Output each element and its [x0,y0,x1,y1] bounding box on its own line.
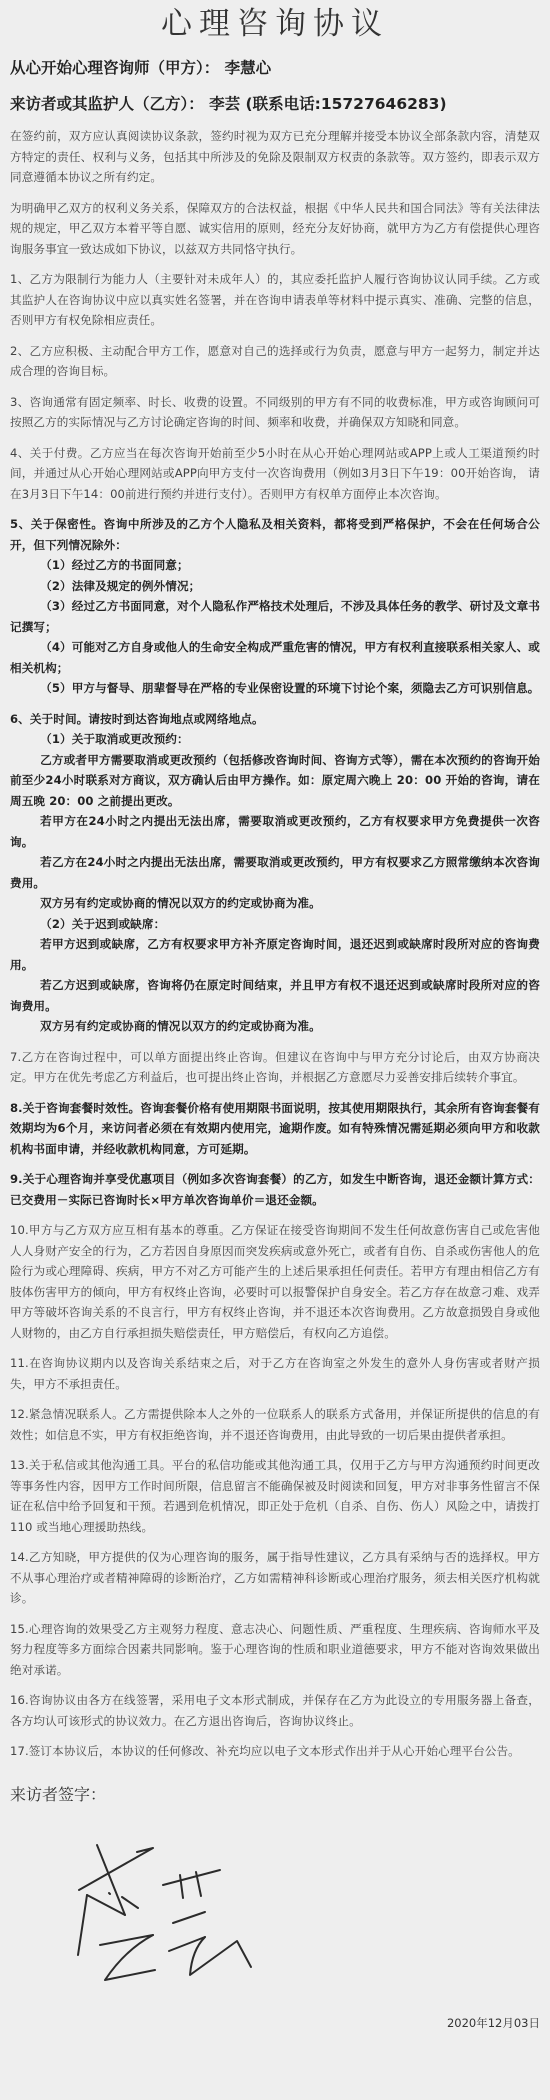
clause-6-sub1-item: 若甲方在24小时之内提出无法出席，需要取消或更改预约，乙方有权要求甲方免费提供一… [10,811,540,852]
clause-15: 15.心理咨询的效果受乙方主观努力程度、意志决心、问题性质、严重程度、生理疾病、… [10,1619,540,1681]
clause-6-sub1-item: 乙方或者甲方需要取消或更改预约（包括修改咨询时间、咨询方式等），需在本次预约的咨… [10,750,540,812]
clause-6-sub1-item: 若乙方在24小时之内提出无法出席，需要取消或更改预约，甲方有权要求乙方照常缴纳本… [10,852,540,893]
clause-6-sub2-item: 若乙方迟到或缺席，咨询将仍在原定时间结束，并且甲方有权不退还迟到或缺席时段所对应… [10,975,540,1016]
intro-paragraph: 在签约前，双方应认真阅读协议条款，签约时视为双方已充分理解并接受本协议全部条款内… [10,126,540,188]
clause-6: 6、关于时间。请按时到达咨询地点或网络地点。 （1）关于取消或更改预约： 乙方或… [10,709,540,1037]
clause-6-sub1-title: （1）关于取消或更改预约： [10,729,540,750]
party-b-line: 来访者或其监护人（乙方）： 李芸 (联系电话:15727646283) [10,86,540,122]
agreement-document: 心理咨询协议 从心开始心理咨询师（甲方）： 李慧心 来访者或其监护人（乙方）： … [0,0,550,1808]
clause-6-sub2-item: 若甲方迟到或缺席，乙方有权要求甲方补齐原定咨询时间，退还迟到或缺席时段所对应的咨… [10,934,540,975]
clause-7: 7.乙方在咨询过程中，可以单方面提出终止咨询。但建议在咨询中与甲方充分讨论后，由… [10,1047,540,1088]
clause-6-sub2-item: 双方另有约定或协商的情况以双方的约定或协商为准。 [10,1016,540,1037]
clause-8: 8.关于咨询套餐时效性。咨询套餐价格有使用期限书面说明，按其使用期限执行，其余所… [10,1098,540,1160]
clause-6-sub1-item: 双方另有约定或协商的情况以双方的约定或协商为准。 [10,893,540,914]
handwritten-signature [0,1810,550,2010]
clause-3: 3、咨询通常有固定频率、时长、收费的设置。不同级别的甲方有不同的收费标准，甲方或… [10,392,540,433]
clause-6-intro: 6、关于时间。请按时到达咨询地点或网络地点。 [10,709,540,730]
visitor-signature-label: 来访者签字： [10,1782,540,1808]
clause-5-item: （5）甲方与督导、朋辈督导在严格的专业保密设置的环境下讨论个案，须隐去乙方可识别… [10,678,540,699]
clause-4: 4、关于付费。乙方应当在每次咨询开始前至少5小时在从心开始心理网站或APP上或人… [10,443,540,505]
clause-5-item: （4）可能对乙方自身或他人的生命安全构成严重危害的情况，甲方有权利直接联系相关家… [10,637,540,678]
page-title: 心理咨询协议 [10,0,540,50]
clause-1: 1、乙方为限制行为能力人（主要针对未成年人）的，其应委托监护人履行咨询协议认同手… [10,269,540,331]
clause-12: 12.紧急情况联系人。乙方需提供除本人之外的一位联系人的联系方式备用，并保证所提… [10,1404,540,1445]
clause-5-item: （2）法律及规定的例外情况； [10,576,540,597]
clause-5-intro: 5、关于保密性。咨询中所涉及的乙方个人隐私及相关资料，都将受到严格保护，不会在任… [10,514,540,555]
clause-10: 10.甲方与乙方双方应互相有基本的尊重。乙方保证在接受咨询期间不发生任何故意伤害… [10,1220,540,1343]
clause-17: 17.签订本协议后，本协议的任何修改、补充均应以电子文本形式作出并于从心开始心理… [10,1741,540,1762]
intro-paragraph: 为明确甲乙双方的权利义务关系，保障双方的合法权益，根据《中华人民共和国合同法》等… [10,198,540,260]
clause-6-sub2-title: （2）关于迟到或缺席： [10,914,540,935]
clause-11: 11.在咨询协议期内以及咨询关系结束之后，对于乙方在咨询室之外发生的意外人身伤害… [10,1353,540,1394]
party-a-line: 从心开始心理咨询师（甲方）： 李慧心 [10,50,540,86]
signature-strokes-icon [0,1810,550,2010]
clause-16: 16.咨询协议由各方在线签署，采用电子文本形式制成，并保存在乙方为此设立的专用服… [10,1690,540,1731]
clause-5-item: （3）经过乙方书面同意，对个人隐私作严格技术处理后，不涉及具体任务的教学、研讨及… [10,596,540,637]
clause-2: 2、乙方应积极、主动配合甲方工作，愿意对自己的选择或行为负责，愿意与甲方一起努力… [10,341,540,382]
clause-13: 13.关于私信或其他沟通工具。平台的私信功能或其他沟通工具，仅用于乙方与甲方沟通… [10,1455,540,1537]
clause-14: 14.乙方知晓，甲方提供的仅为心理咨询的服务，属于指导性建议，乙方具有采纳与否的… [10,1547,540,1609]
clause-5: 5、关于保密性。咨询中所涉及的乙方个人隐私及相关资料，都将受到严格保护，不会在任… [10,514,540,699]
clause-5-item: （1）经过乙方的书面同意； [10,555,540,576]
clause-9: 9.关于心理咨询并享受优惠项目（例如多次咨询套餐）的乙方，如发生中断咨询，退还金… [10,1169,540,1210]
signature-date: 2020年12月03日 [447,2015,540,2031]
